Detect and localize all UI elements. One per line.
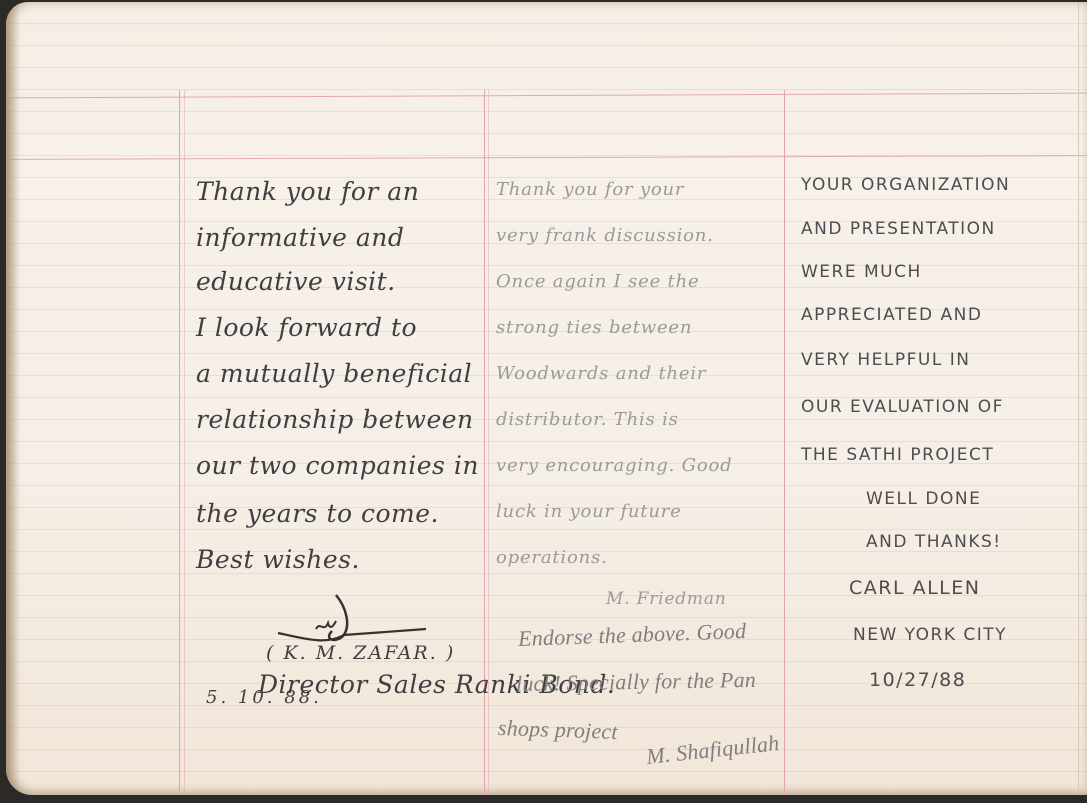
entry-line: APPRECIATED AND	[801, 305, 982, 325]
entry-line: I look forward to	[196, 313, 417, 342]
entry-line: AND PRESENTATION	[801, 219, 996, 239]
entry-line: a mutually beneficial	[196, 359, 472, 388]
addendum-line: luck! Specially for the Pan	[516, 667, 756, 697]
signer-name: ( K. M. ZAFAR. )	[266, 642, 455, 664]
entry-line: informative and	[196, 223, 404, 252]
entry-line: OUR EVALUATION OF	[801, 397, 1004, 417]
signer-name: CARL ALLEN	[849, 577, 980, 599]
entry-line: WELL DONE	[866, 489, 981, 509]
entry-line: our two companies in	[196, 451, 479, 480]
signer-location: NEW YORK CITY	[853, 625, 1007, 645]
signature-scrawl-icon	[276, 587, 436, 647]
entry-line: Woodwards and their	[496, 363, 706, 384]
addendum-line: Endorse the above. Good	[518, 618, 747, 652]
entry-line: VERY HELPFUL IN	[801, 350, 970, 370]
entry-line: relationship between	[196, 405, 474, 434]
header-rule-bottom	[6, 155, 1087, 160]
entry-line: AND THANKS!	[866, 532, 1002, 552]
entry-line: distributor. This is	[496, 409, 679, 430]
entry-line: the years to come.	[196, 499, 439, 528]
entry-line: operations.	[496, 547, 608, 568]
addendum-signature: M. Shafiqullah	[645, 730, 781, 770]
column-divider-1	[179, 90, 180, 795]
guest-book-page: Thank you for an informative and educati…	[6, 2, 1087, 795]
entry-line: Thank you for your	[496, 179, 684, 200]
entry-line: Thank you for an	[196, 177, 419, 206]
addendum-line: shops project	[498, 715, 619, 745]
entry-line: educative visit.	[196, 267, 396, 296]
entry-line: very frank discussion.	[496, 225, 714, 246]
column-divider-3	[784, 90, 785, 795]
entry-line: Once again I see the	[496, 271, 699, 292]
entry-line: strong ties between	[496, 317, 692, 338]
column-divider-1-double	[184, 90, 185, 795]
entry-line: luck in your future	[496, 501, 682, 522]
entry-line: YOUR ORGANIZATION	[801, 175, 1010, 195]
entry-date: 10/27/88	[869, 669, 966, 691]
entry-signature: M. Friedman	[606, 589, 727, 609]
header-rule-top	[6, 93, 1087, 99]
entry-line: Best wishes.	[196, 545, 360, 574]
entry-line: very encouraging. Good	[496, 455, 732, 476]
entry-date: 5. 10. 88.	[206, 687, 322, 708]
page-edge-right	[1078, 2, 1079, 795]
entry-line: THE SATHI PROJECT	[801, 445, 994, 465]
entry-line: WERE MUCH	[801, 262, 922, 282]
